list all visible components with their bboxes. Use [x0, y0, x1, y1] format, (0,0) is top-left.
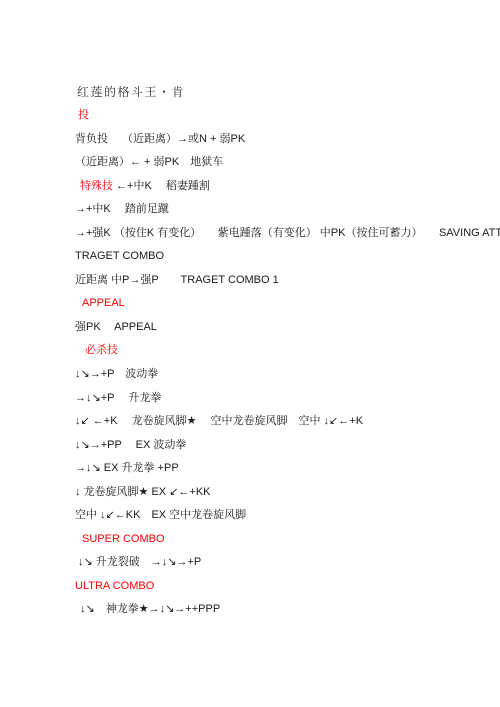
doc-text-segment: ↓↘ 神龙拳★→↓↘→++PPP	[80, 603, 220, 615]
doc-text-segment: 背负投 （近距离）→或N + 弱PK	[75, 133, 245, 145]
doc-text-segment: →↓↘+P 升龙拳	[75, 392, 161, 404]
move-list-body: 投背负投 （近距离）→或N + 弱PK（近距离）← + 弱PK 地狱车特殊技 ←…	[75, 104, 495, 622]
doc-text-segment: →+强K （按住K 有变化） 紫电踵落（有变化） 中PK（按住可蓄力） SAVI…	[75, 227, 500, 239]
doc-heading-segment: 必杀技	[85, 344, 118, 356]
doc-text-segment: 近距离 中P→强P TRAGET COMBO 1	[75, 274, 279, 286]
doc-heading-segment: APPEAL	[82, 297, 125, 309]
doc-line: （近距离）← + 弱PK 地狱车	[75, 151, 495, 175]
doc-line: ↓↘→+P 波动拳	[75, 363, 495, 387]
doc-line: SUPER COMBO	[75, 528, 495, 552]
doc-text-segment: →↓↘ EX 升龙拳 +PP	[75, 462, 179, 474]
doc-line: ↓↘→+PP EX 波动拳	[75, 434, 495, 458]
doc-line: TRAGET COMBO	[75, 245, 495, 269]
doc-line: →+中K 踏前足蹴	[75, 198, 495, 222]
doc-text-segment: TRAGET COMBO	[75, 250, 164, 262]
doc-line: 强PK APPEAL	[75, 316, 495, 340]
doc-heading-segment: SUPER COMBO	[82, 533, 165, 545]
doc-text-segment: →+中K 踏前足蹴	[75, 203, 169, 215]
page-title: 红莲的格斗王・肯	[77, 83, 185, 100]
doc-line: →↓↘ EX 升龙拳 +PP	[75, 457, 495, 481]
doc-line: 特殊技 ←+中K 稻妻踵割	[75, 175, 495, 199]
doc-text-segment: ↓↘→+P 波动拳	[75, 368, 158, 380]
doc-line: 投	[75, 104, 495, 128]
doc-text-segment: （近距离）← + 弱PK 地狱车	[75, 156, 223, 168]
doc-line: ULTRA COMBO	[75, 575, 495, 599]
doc-line: 背负投 （近距离）→或N + 弱PK	[75, 128, 495, 152]
doc-line: ↓↙ ←+K 龙卷旋风脚★ 空中龙卷旋风脚 空中 ↓↙←+K	[75, 410, 495, 434]
doc-text-segment: ↓↘→+PP EX 波动拳	[75, 439, 186, 451]
doc-text-segment: ←+中K 稻妻踵割	[113, 180, 210, 192]
doc-text-segment: ↓↘ 升龙裂破 →↓↘→+P	[78, 556, 201, 568]
doc-text-segment: 空中 ↓↙←KK EX 空中龙卷旋风脚	[75, 509, 246, 521]
doc-text-segment: 强PK APPEAL	[75, 321, 157, 333]
doc-line: →+强K （按住K 有变化） 紫电踵落（有变化） 中PK（按住可蓄力） SAVI…	[75, 222, 495, 246]
doc-line: →↓↘+P 升龙拳	[75, 387, 495, 411]
document-page: 红莲的格斗王・肯 投背负投 （近距离）→或N + 弱PK（近距离）← + 弱PK…	[0, 0, 500, 707]
doc-line: ↓↘ 升龙裂破 →↓↘→+P	[75, 551, 495, 575]
doc-line: 空中 ↓↙←KK EX 空中龙卷旋风脚	[75, 504, 495, 528]
doc-text-segment: ↓↙ ←+K 龙卷旋风脚★ 空中龙卷旋风脚 空中 ↓↙←+K	[75, 415, 363, 427]
doc-line: ↓↘ 神龙拳★→↓↘→++PPP	[75, 598, 495, 622]
doc-line: 近距离 中P→强P TRAGET COMBO 1	[75, 269, 495, 293]
doc-line: APPEAL	[75, 292, 495, 316]
doc-text-segment: ↓ 龙卷旋风脚★ EX ↙←+KK	[75, 486, 211, 498]
doc-line: 必杀技	[75, 339, 495, 363]
doc-heading-segment: 特殊技	[80, 180, 113, 192]
doc-heading-segment: 投	[78, 109, 89, 121]
doc-line: ↓ 龙卷旋风脚★ EX ↙←+KK	[75, 481, 495, 505]
doc-heading-segment: ULTRA COMBO	[75, 580, 154, 592]
